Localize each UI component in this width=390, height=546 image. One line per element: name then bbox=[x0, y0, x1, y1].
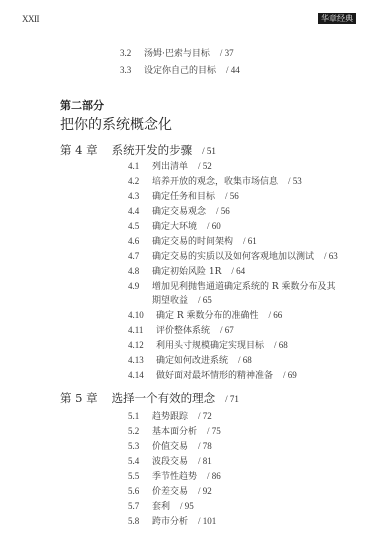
section-number: 5.5 bbox=[128, 470, 152, 482]
toc-entry[interactable]: 4.5确定大环境/ 60 bbox=[128, 220, 221, 233]
part-title: 把你的系统概念化 bbox=[60, 114, 172, 134]
section-page: / 66 bbox=[269, 310, 283, 320]
section-number: 5.4 bbox=[128, 455, 152, 467]
section-title: 做好面对最坏情形的精神准备 bbox=[156, 370, 273, 382]
section-title: 确定大环境 bbox=[152, 221, 197, 233]
section-title: 确定交易的实质以及如何客观地加以测试 bbox=[152, 251, 314, 263]
toc-entry[interactable]: 5.6价差交易/ 92 bbox=[128, 485, 212, 498]
toc-entry[interactable]: 4.2培养开放的观念，收集市场信息/ 53 bbox=[128, 175, 302, 188]
section-title: 基本面分析 bbox=[152, 426, 197, 438]
section-number: 4.5 bbox=[128, 220, 152, 232]
section-page: / 53 bbox=[288, 176, 302, 186]
page-number: XXII bbox=[22, 14, 39, 24]
toc-entry[interactable]: 3.3设定你自己的目标/ 44 bbox=[120, 64, 240, 77]
chapter-heading[interactable]: 第 4 章系统开发的步骤/ 51 bbox=[60, 142, 216, 158]
toc-entry-continuation[interactable]: 期望收益/ 65 bbox=[152, 294, 212, 307]
series-badge: 华章经典 bbox=[318, 13, 356, 24]
section-title: 套利 bbox=[152, 501, 170, 513]
section-number: 4.10 bbox=[128, 309, 156, 321]
toc-entry[interactable]: 5.7套利/ 95 bbox=[128, 500, 194, 513]
toc-entry[interactable]: 5.1趋势跟踪/ 72 bbox=[128, 410, 212, 423]
toc-entry[interactable]: 4.13确定如何改进系统/ 68 bbox=[128, 354, 252, 367]
section-number: 5.2 bbox=[128, 425, 152, 437]
toc-entry[interactable]: 4.10确定 R 乘数分布的准确性/ 66 bbox=[128, 309, 282, 322]
chapter-number: 第 4 章 bbox=[60, 143, 98, 157]
section-title: 确定如何改进系统 bbox=[156, 355, 228, 367]
section-page: / 101 bbox=[198, 516, 216, 526]
section-page: / 60 bbox=[207, 221, 221, 231]
section-number: 4.7 bbox=[128, 250, 152, 262]
section-number: 4.2 bbox=[128, 175, 152, 187]
chapter-page: / 51 bbox=[202, 146, 216, 156]
section-title: 汤姆·巴索与目标 bbox=[144, 48, 210, 60]
section-number: 4.6 bbox=[128, 235, 152, 247]
section-number: 4.14 bbox=[128, 369, 156, 381]
section-page: / 86 bbox=[207, 471, 221, 481]
section-title: 列出清单 bbox=[152, 161, 188, 173]
section-number: 5.8 bbox=[128, 515, 152, 527]
section-page: / 67 bbox=[220, 325, 234, 335]
chapter-title: 选择一个有效的理念 bbox=[112, 391, 216, 405]
toc-entry[interactable]: 4.7确定交易的实质以及如何客观地加以测试/ 63 bbox=[128, 250, 338, 263]
section-page: / 81 bbox=[198, 456, 212, 466]
section-page: / 75 bbox=[207, 426, 221, 436]
toc-entry[interactable]: 4.14做好面对最坏情形的精神准备/ 69 bbox=[128, 369, 297, 382]
section-title: 跨市分析 bbox=[152, 516, 188, 528]
section-title: 波段交易 bbox=[152, 456, 188, 468]
section-number: 4.3 bbox=[128, 190, 152, 202]
section-number: 4.8 bbox=[128, 265, 152, 277]
chapter-title: 系统开发的步骤 bbox=[112, 143, 193, 157]
section-number: 4.11 bbox=[128, 324, 156, 336]
section-page: / 56 bbox=[216, 206, 230, 216]
section-page: / 56 bbox=[225, 191, 239, 201]
section-page: / 92 bbox=[198, 486, 212, 496]
toc-entry[interactable]: 4.6确定交易的时间架构/ 61 bbox=[128, 235, 257, 248]
section-title: 增加见利抛售通道确定系统的 R 乘数分布及其 bbox=[152, 281, 336, 293]
chapter-page: / 71 bbox=[225, 394, 239, 404]
section-number: 4.9 bbox=[128, 280, 152, 292]
toc-entry[interactable]: 4.12利用头寸规模确定实现目标/ 68 bbox=[128, 339, 288, 352]
toc-entry[interactable]: 4.8确定初始风险 1R/ 64 bbox=[128, 265, 245, 278]
section-page: / 44 bbox=[226, 65, 240, 75]
section-title: 确定任务和目标 bbox=[152, 191, 215, 203]
section-page: / 61 bbox=[243, 236, 257, 246]
section-page: / 64 bbox=[231, 266, 245, 276]
section-number: 3.3 bbox=[120, 64, 144, 76]
section-page: / 95 bbox=[180, 501, 194, 511]
section-title: 价差交易 bbox=[152, 486, 188, 498]
section-number: 4.4 bbox=[128, 205, 152, 217]
section-page: / 68 bbox=[238, 355, 252, 365]
toc-entry[interactable]: 5.4波段交易/ 81 bbox=[128, 455, 212, 468]
section-page: / 65 bbox=[198, 295, 212, 305]
section-title: 价值交易 bbox=[152, 441, 188, 453]
section-title: 确定交易观念 bbox=[152, 206, 206, 218]
section-page: / 68 bbox=[274, 340, 288, 350]
toc-entry[interactable]: 4.1列出清单/ 52 bbox=[128, 160, 212, 173]
section-number: 5.6 bbox=[128, 485, 152, 497]
part-label: 第二部分 bbox=[60, 97, 104, 113]
section-number: 4.13 bbox=[128, 354, 156, 366]
chapter-heading[interactable]: 第 5 章选择一个有效的理念/ 71 bbox=[60, 390, 239, 406]
section-number: 3.2 bbox=[120, 47, 144, 59]
toc-entry[interactable]: 5.5季节性趋势/ 86 bbox=[128, 470, 221, 483]
section-number: 5.1 bbox=[128, 410, 152, 422]
section-number: 4.12 bbox=[128, 339, 156, 351]
toc-entry[interactable]: 3.2汤姆·巴索与目标/ 37 bbox=[120, 47, 234, 60]
section-page: / 78 bbox=[198, 441, 212, 451]
section-page: / 72 bbox=[198, 411, 212, 421]
section-title: 确定 R 乘数分布的准确性 bbox=[156, 310, 259, 322]
section-page: / 37 bbox=[220, 48, 234, 58]
toc-entry[interactable]: 4.4确定交易观念/ 56 bbox=[128, 205, 230, 218]
section-title: 确定交易的时间架构 bbox=[152, 236, 233, 248]
section-title-continuation: 期望收益 bbox=[152, 295, 188, 307]
toc-entry[interactable]: 5.8跨市分析/ 101 bbox=[128, 515, 216, 528]
section-page: / 63 bbox=[324, 251, 338, 261]
toc-entry[interactable]: 5.3价值交易/ 78 bbox=[128, 440, 212, 453]
section-title: 评价整体系统 bbox=[156, 325, 210, 337]
section-title: 确定初始风险 1R bbox=[152, 266, 221, 278]
section-number: 5.7 bbox=[128, 500, 152, 512]
section-title: 利用头寸规模确定实现目标 bbox=[156, 340, 264, 352]
toc-entry[interactable]: 4.9增加见利抛售通道确定系统的 R 乘数分布及其 bbox=[128, 280, 336, 293]
section-title: 设定你自己的目标 bbox=[144, 65, 216, 77]
section-number: 4.1 bbox=[128, 160, 152, 172]
toc-entry[interactable]: 4.3确定任务和目标/ 56 bbox=[128, 190, 239, 203]
section-title: 培养开放的观念，收集市场信息 bbox=[152, 176, 278, 188]
section-page: / 69 bbox=[283, 370, 297, 380]
section-page: / 52 bbox=[198, 161, 212, 171]
section-title: 趋势跟踪 bbox=[152, 411, 188, 423]
section-title: 季节性趋势 bbox=[152, 471, 197, 483]
chapter-number: 第 5 章 bbox=[60, 391, 98, 405]
toc-entry[interactable]: 4.11评价整体系统/ 67 bbox=[128, 324, 234, 337]
section-number: 5.3 bbox=[128, 440, 152, 452]
toc-entry[interactable]: 5.2基本面分析/ 75 bbox=[128, 425, 221, 438]
